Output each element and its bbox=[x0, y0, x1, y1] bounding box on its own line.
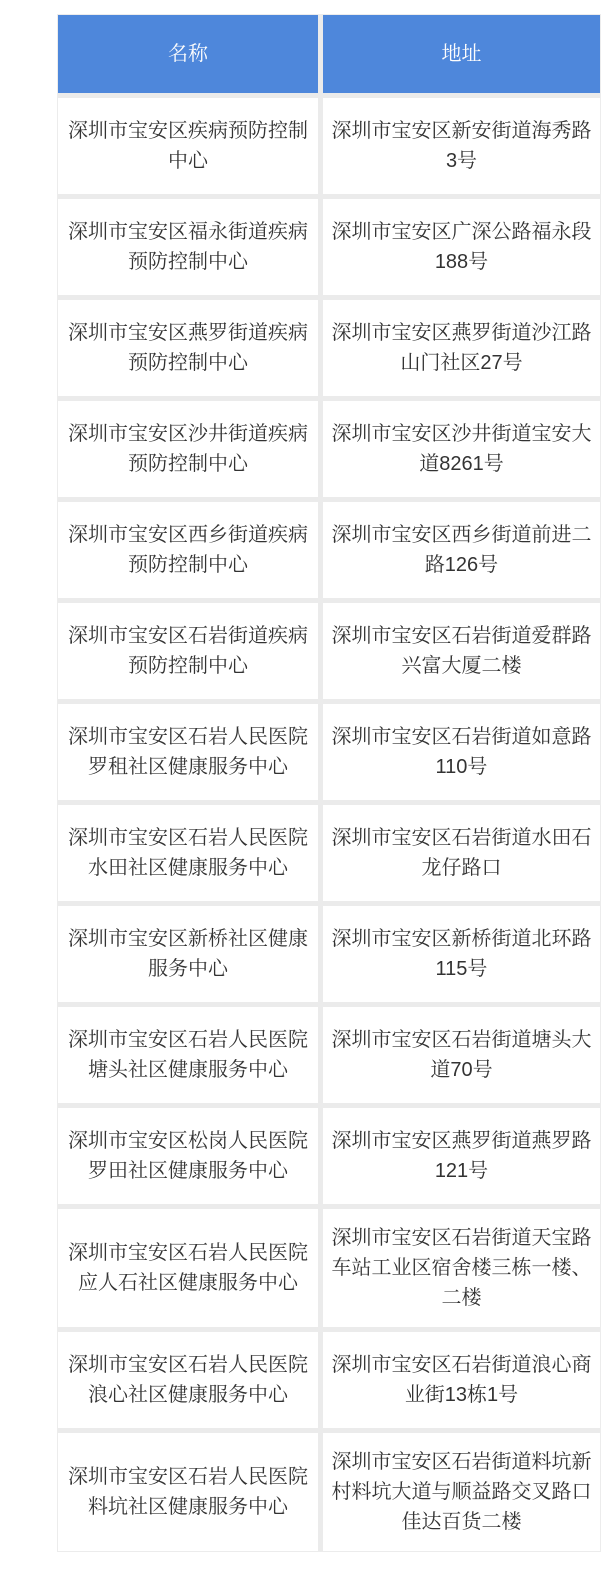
facility-name-cell: 深圳市宝安区燕罗街道疾病预防控制中心 bbox=[58, 300, 318, 396]
facility-name-cell: 深圳市宝安区石岩人民医院罗租社区健康服务中心 bbox=[58, 704, 318, 800]
facility-address-cell: 深圳市宝安区新桥街道北环路115号 bbox=[323, 906, 600, 1002]
facility-address-cell: 深圳市宝安区新安街道海秀路3号 bbox=[323, 98, 600, 194]
facility-address-cell: 深圳市宝安区广深公路福永段188号 bbox=[323, 199, 600, 295]
facility-name-cell: 深圳市宝安区松岗人民医院罗田社区健康服务中心 bbox=[58, 1108, 318, 1204]
facility-name-cell: 深圳市宝安区石岩人民医院塘头社区健康服务中心 bbox=[58, 1007, 318, 1103]
facility-name-cell: 深圳市宝安区石岩人民医院料坑社区健康服务中心 bbox=[58, 1433, 318, 1551]
facility-address-cell: 深圳市宝安区沙井街道宝安大道8261号 bbox=[323, 401, 600, 497]
facility-name-cell: 深圳市宝安区西乡街道疾病预防控制中心 bbox=[58, 502, 318, 598]
facility-address-cell: 深圳市宝安区石岩街道爱群路兴富大厦二楼 bbox=[323, 603, 600, 699]
facility-table: 名称 地址 深圳市宝安区疾病预防控制中心 深圳市宝安区新安街道海秀路3号 深圳市… bbox=[57, 14, 601, 1552]
facility-address-cell: 深圳市宝安区石岩街道水田石龙仔路口 bbox=[323, 805, 600, 901]
facility-name-cell: 深圳市宝安区新桥社区健康服务中心 bbox=[58, 906, 318, 1002]
page: 名称 地址 深圳市宝安区疾病预防控制中心 深圳市宝安区新安街道海秀路3号 深圳市… bbox=[0, 0, 612, 1584]
facility-address-cell: 深圳市宝安区燕罗街道燕罗路121号 bbox=[323, 1108, 600, 1204]
facility-address-cell: 深圳市宝安区石岩街道浪心商业街13栋1号 bbox=[323, 1332, 600, 1428]
facility-name-cell: 深圳市宝安区石岩人民医院应人石社区健康服务中心 bbox=[58, 1209, 318, 1327]
facility-address-cell: 深圳市宝安区燕罗街道沙江路山门社区27号 bbox=[323, 300, 600, 396]
facility-address-cell: 深圳市宝安区石岩街道如意路110号 bbox=[323, 704, 600, 800]
column-header-address: 地址 bbox=[323, 15, 600, 93]
column-header-name: 名称 bbox=[58, 15, 318, 93]
facility-name-cell: 深圳市宝安区福永街道疾病预防控制中心 bbox=[58, 199, 318, 295]
facility-address-cell: 深圳市宝安区石岩街道天宝路车站工业区宿舍楼三栋一楼、二楼 bbox=[323, 1209, 600, 1327]
facility-name-cell: 深圳市宝安区石岩街道疾病预防控制中心 bbox=[58, 603, 318, 699]
facility-name-cell: 深圳市宝安区疾病预防控制中心 bbox=[58, 98, 318, 194]
facility-name-cell: 深圳市宝安区沙井街道疾病预防控制中心 bbox=[58, 401, 318, 497]
facility-name-cell: 深圳市宝安区石岩人民医院水田社区健康服务中心 bbox=[58, 805, 318, 901]
facility-address-cell: 深圳市宝安区西乡街道前进二路126号 bbox=[323, 502, 600, 598]
facility-address-cell: 深圳市宝安区石岩街道塘头大道70号 bbox=[323, 1007, 600, 1103]
facility-name-cell: 深圳市宝安区石岩人民医院浪心社区健康服务中心 bbox=[58, 1332, 318, 1428]
facility-address-cell: 深圳市宝安区石岩街道料坑新村料坑大道与顺益路交叉路口佳达百货二楼 bbox=[323, 1433, 600, 1551]
